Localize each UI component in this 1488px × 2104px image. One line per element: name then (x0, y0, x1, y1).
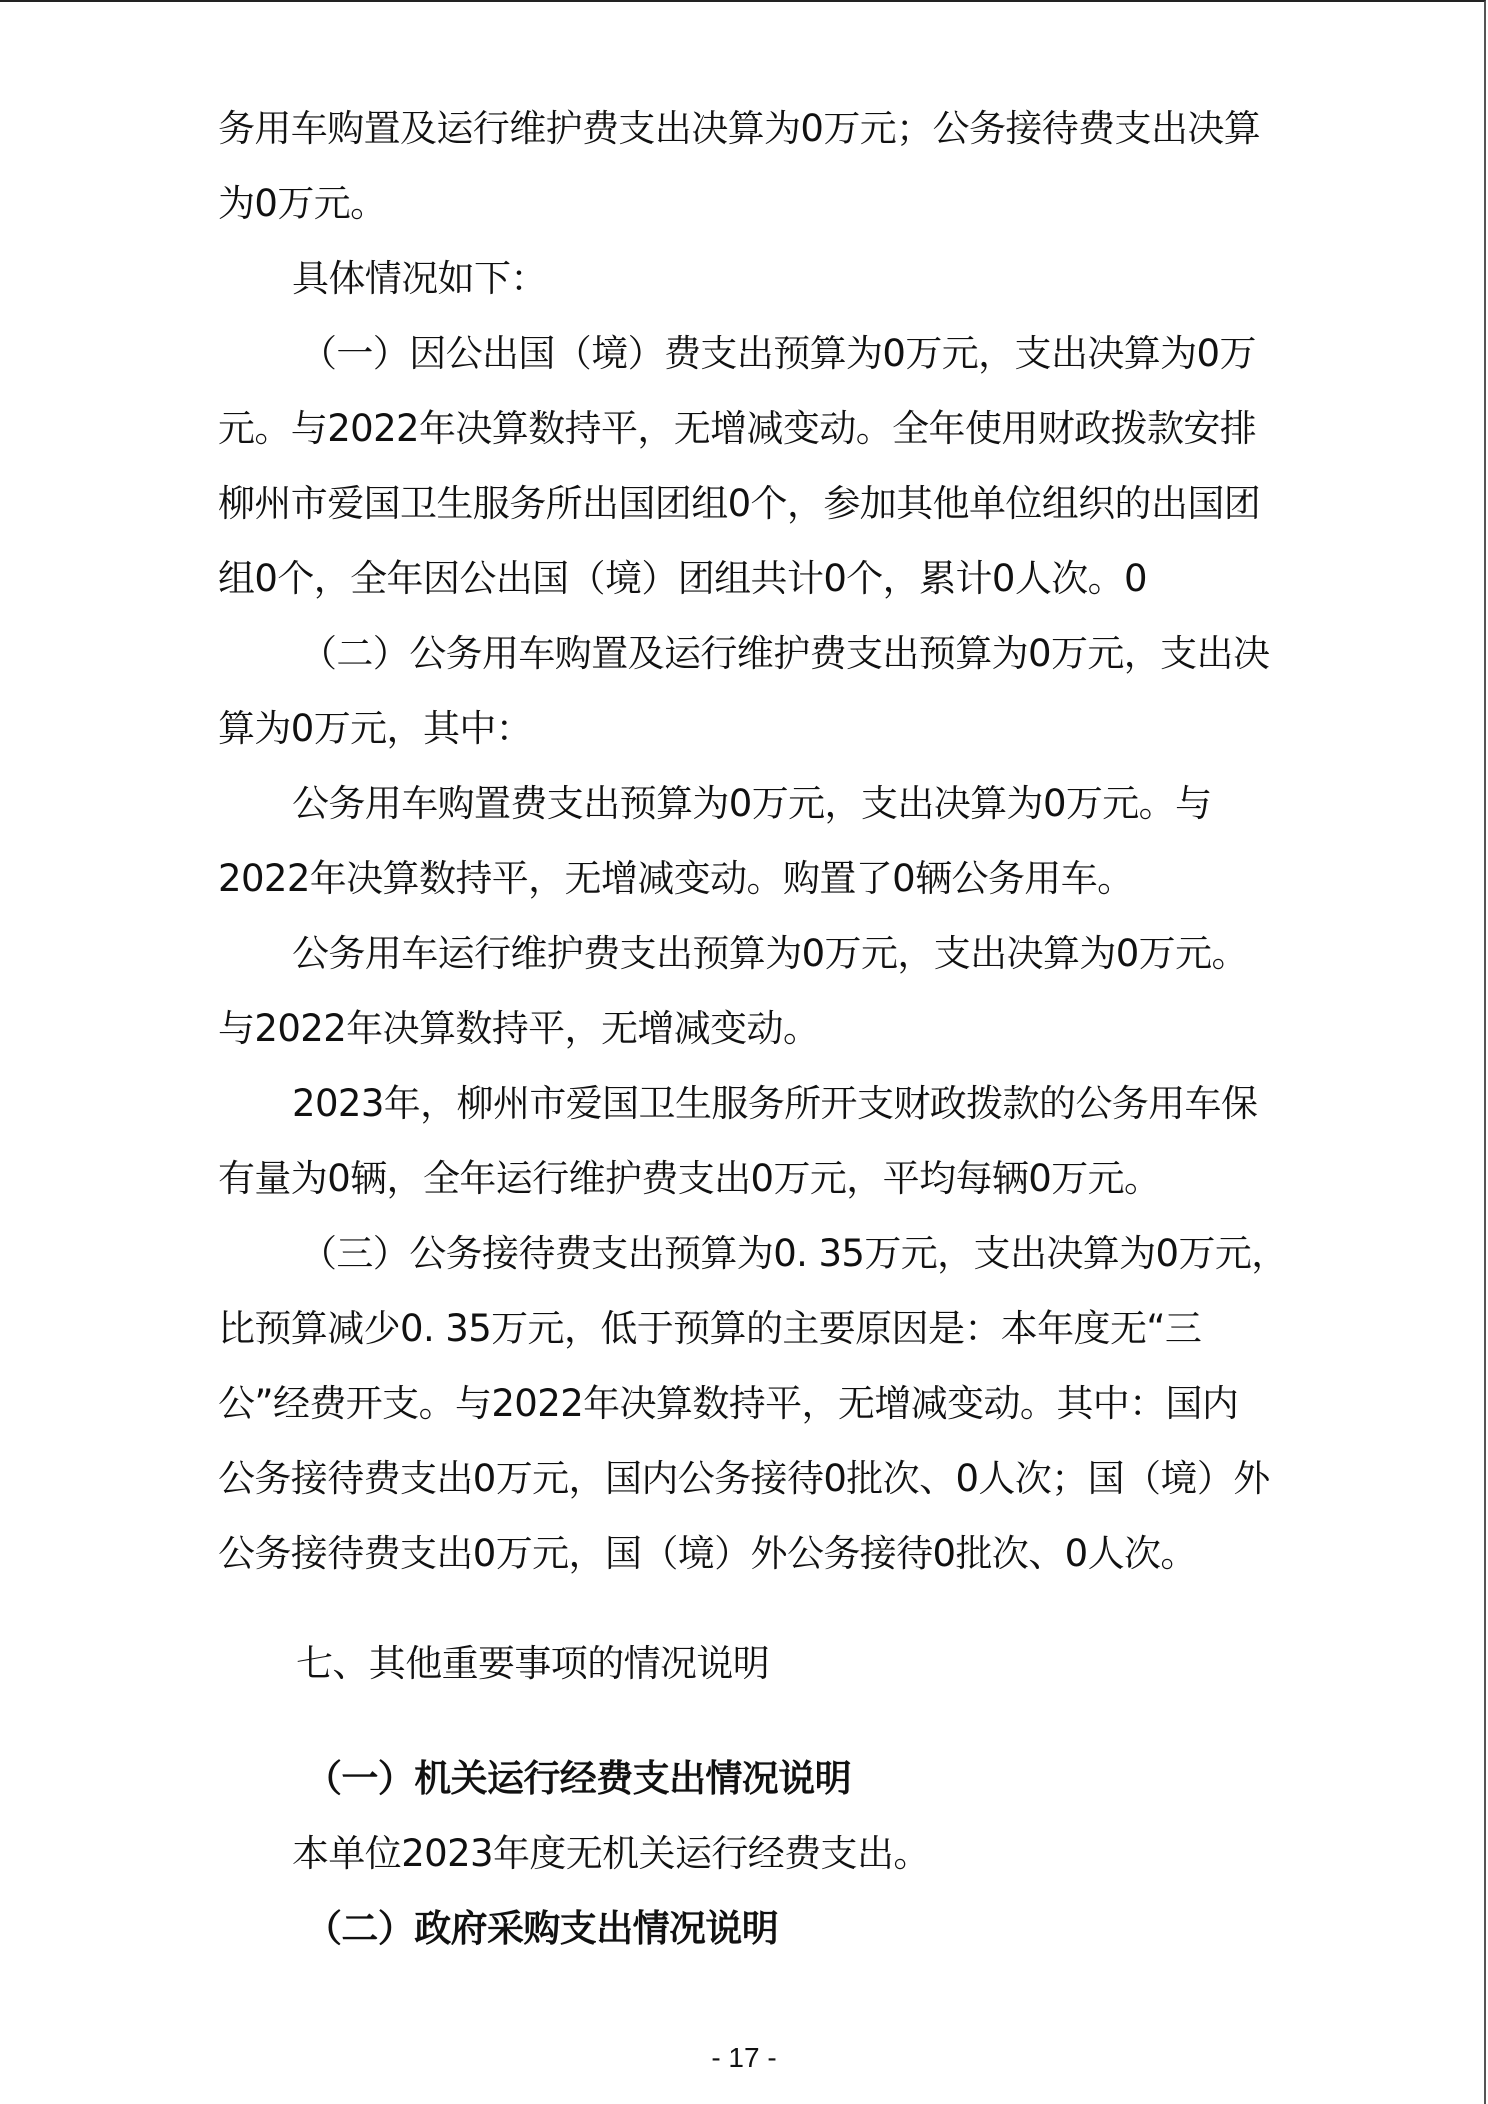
paragraph-line: 柳州市爱国卫生服务所出国团组0个，参加其他单位组织的出国团 (218, 482, 1288, 526)
paragraph-line: 2022年决算数持平，无增减变动。购置了0辆公务用车。 (218, 857, 1288, 901)
paragraph-line: 公务用车运行维护费支出预算为0万元，支出决算为0万元。 (292, 932, 1362, 976)
paragraph-line: （一）因公出国（境）费支出预算为0万元，支出决算为0万 (300, 332, 1370, 376)
paragraph-line: 务用车购置及运行维护费支出决算为0万元；公务接待费支出决算 (218, 107, 1288, 151)
paragraph-line: 公”经费开支。与2022年决算数持平，无增减变动。其中：国内 (218, 1382, 1288, 1426)
paragraph-line: 为0万元。 (218, 182, 1288, 226)
paragraph-line: （二）公务用车购置及运行维护费支出预算为0万元，支出决 (300, 632, 1370, 676)
paragraph-line: 与2022年决算数持平，无增减变动。 (218, 1007, 1288, 1051)
page-number: - 17 - (0, 2042, 1488, 2074)
paragraph-line: 有量为0辆，全年运行维护费支出0万元，平均每辆0万元。 (218, 1157, 1288, 1201)
paragraph-line: 公务用车购置费支出预算为0万元，支出决算为0万元。与 (292, 782, 1362, 826)
document-page: 务用车购置及运行维护费支出决算为0万元；公务接待费支出决算 为0万元。 具体情况… (0, 0, 1486, 2104)
subsection-body: 本单位2023年度无机关运行经费支出。 (292, 1832, 1362, 1876)
paragraph-line: 2023年，柳州市爱国卫生服务所开支财政拨款的公务用车保 (292, 1082, 1362, 1126)
paragraph-line: 具体情况如下： (292, 257, 1362, 301)
paragraph-line: 元。与2022年决算数持平，无增减变动。全年使用财政拨款安排 (218, 407, 1288, 451)
paragraph-line: 组0个，全年因公出国（境）团组共计0个，累计0人次。0 (218, 557, 1288, 601)
paragraph-line: 算为0万元，其中： (218, 707, 1288, 751)
paragraph-line: （三）公务接待费支出预算为0. 35万元，支出决算为0万元， (300, 1232, 1370, 1276)
subsection-title: （一）机关运行经费支出情况说明 (305, 1757, 1375, 1801)
section-heading: 七、其他重要事项的情况说明 (296, 1642, 1366, 1686)
paragraph-line: 比预算减少0. 35万元，低于预算的主要原因是：本年度无“三 (218, 1307, 1288, 1351)
paragraph-line: 公务接待费支出0万元，国（境）外公务接待0批次、0人次。 (218, 1532, 1288, 1576)
paragraph-line: 公务接待费支出0万元，国内公务接待0批次、0人次；国（境）外 (218, 1457, 1288, 1501)
subsection-title: （二）政府采购支出情况说明 (305, 1907, 1375, 1951)
